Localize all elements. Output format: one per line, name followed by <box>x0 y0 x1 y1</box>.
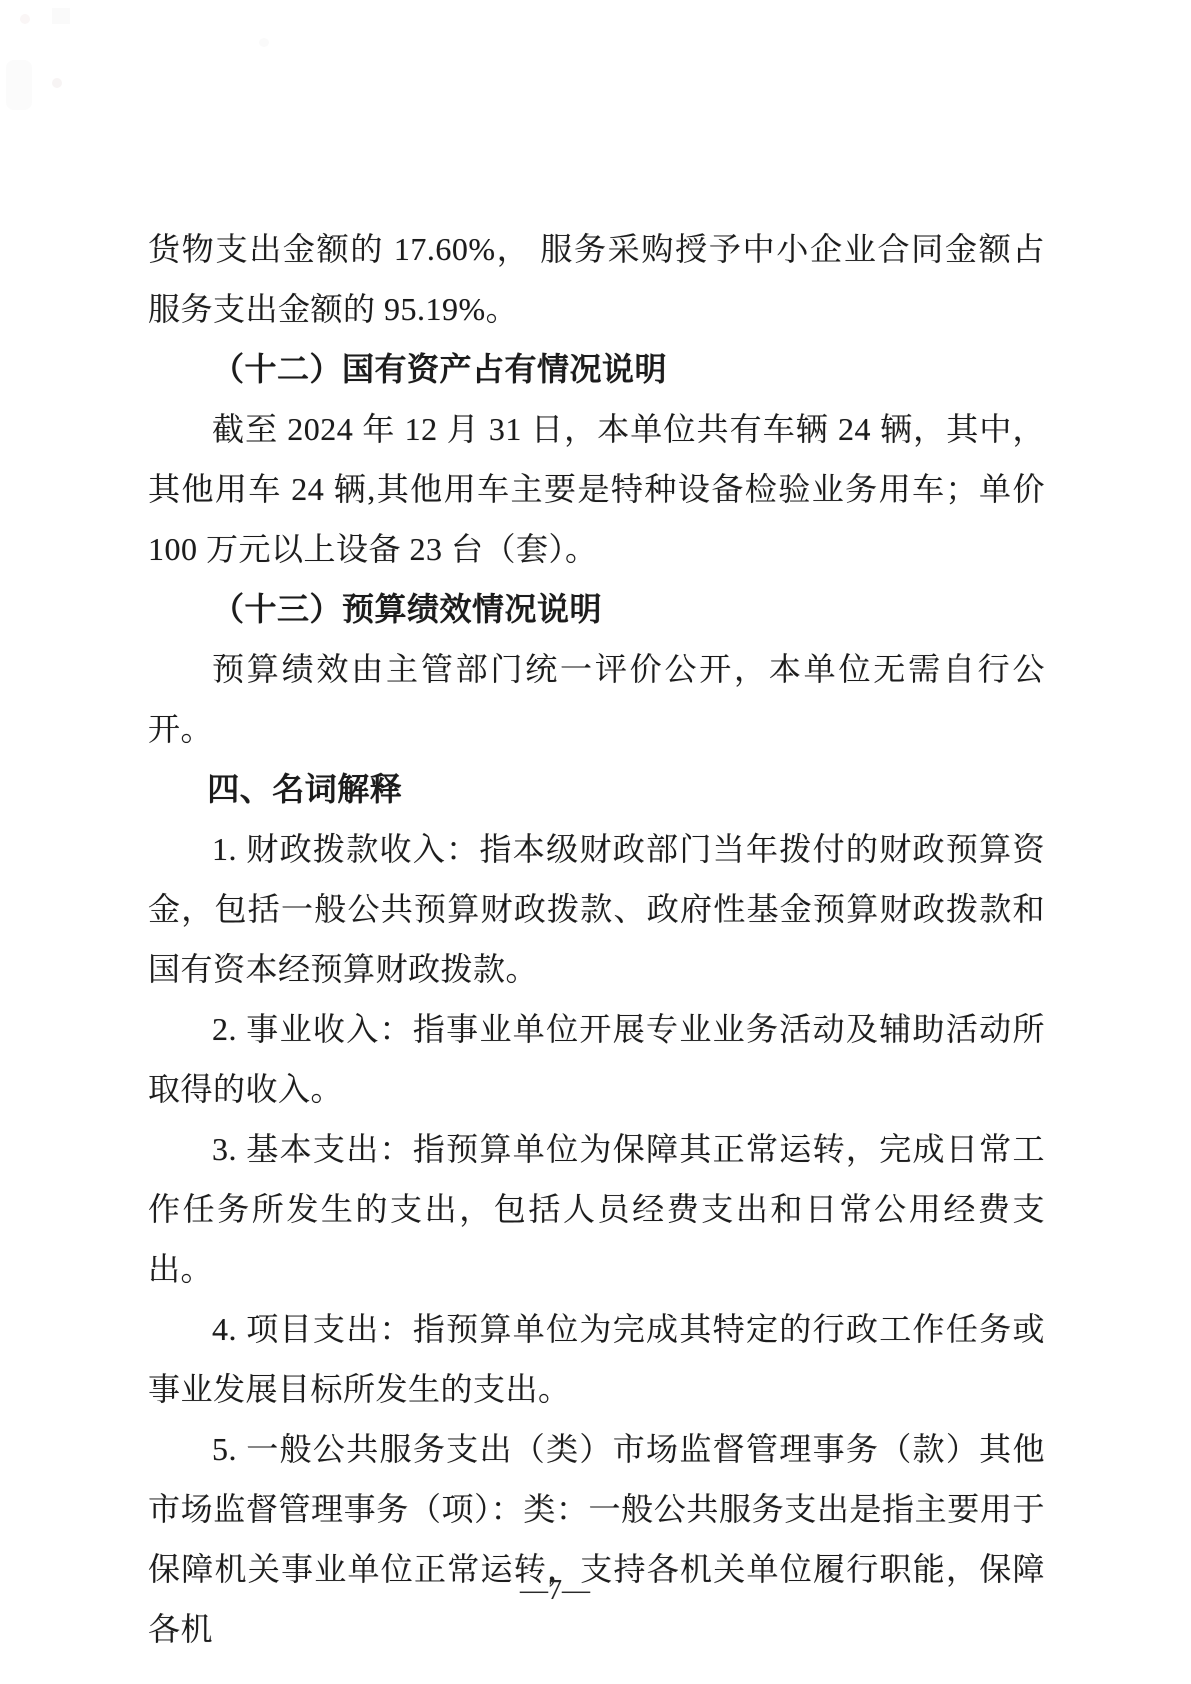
para-def-2-institutional-income: 2. 事业收入：指事业单位开展专业业务活动及辅助活动所取得的收入。 <box>148 999 1045 1119</box>
scan-artifact <box>52 8 70 24</box>
heading-12-state-assets: （十二）国有资产占有情况说明 <box>148 339 1045 399</box>
scan-artifact <box>259 38 269 47</box>
scanned-document-page: 货物支出金额的 17.60%， 服务采购授予中小企业合同金额占服务支出金额的 9… <box>0 0 1191 1684</box>
scan-artifact <box>52 78 62 88</box>
heading-13-budget-performance: （十三）预算绩效情况说明 <box>148 579 1045 639</box>
page-number: —7— <box>0 1576 1110 1606</box>
document-body: 货物支出金额的 17.60%， 服务采购授予中小企业合同金额占服务支出金额的 9… <box>148 219 1045 1659</box>
para-def-3-basic-expenditure: 3. 基本支出：指预算单位为保障其正常运转，完成日常工作任务所发生的支出，包括人… <box>148 1119 1045 1299</box>
scan-artifact <box>20 14 30 24</box>
para-performance-disclosure: 预算绩效由主管部门统一评价公开，本单位无需自行公开。 <box>148 639 1045 759</box>
para-vehicles-equipment: 截至 2024 年 12 月 31 日，本单位共有车辆 24 辆，其中，其他用车… <box>148 399 1045 579</box>
heading-glossary: 四、名词解释 <box>148 759 1045 819</box>
scan-artifact <box>6 60 32 110</box>
para-def-5-general-public-service: 5. 一般公共服务支出（类）市场监督管理事务（款）其他市场监督管理事务（项）：类… <box>148 1419 1045 1659</box>
para-goods-services-percent: 货物支出金额的 17.60%， 服务采购授予中小企业合同金额占服务支出金额的 9… <box>148 219 1045 339</box>
para-def-4-project-expenditure: 4. 项目支出：指预算单位为完成其特定的行政工作任务或事业发展目标所发生的支出。 <box>148 1299 1045 1419</box>
para-def-1-fiscal-appropriation-income: 1. 财政拨款收入：指本级财政部门当年拨付的财政预算资金，包括一般公共预算财政拨… <box>148 819 1045 999</box>
